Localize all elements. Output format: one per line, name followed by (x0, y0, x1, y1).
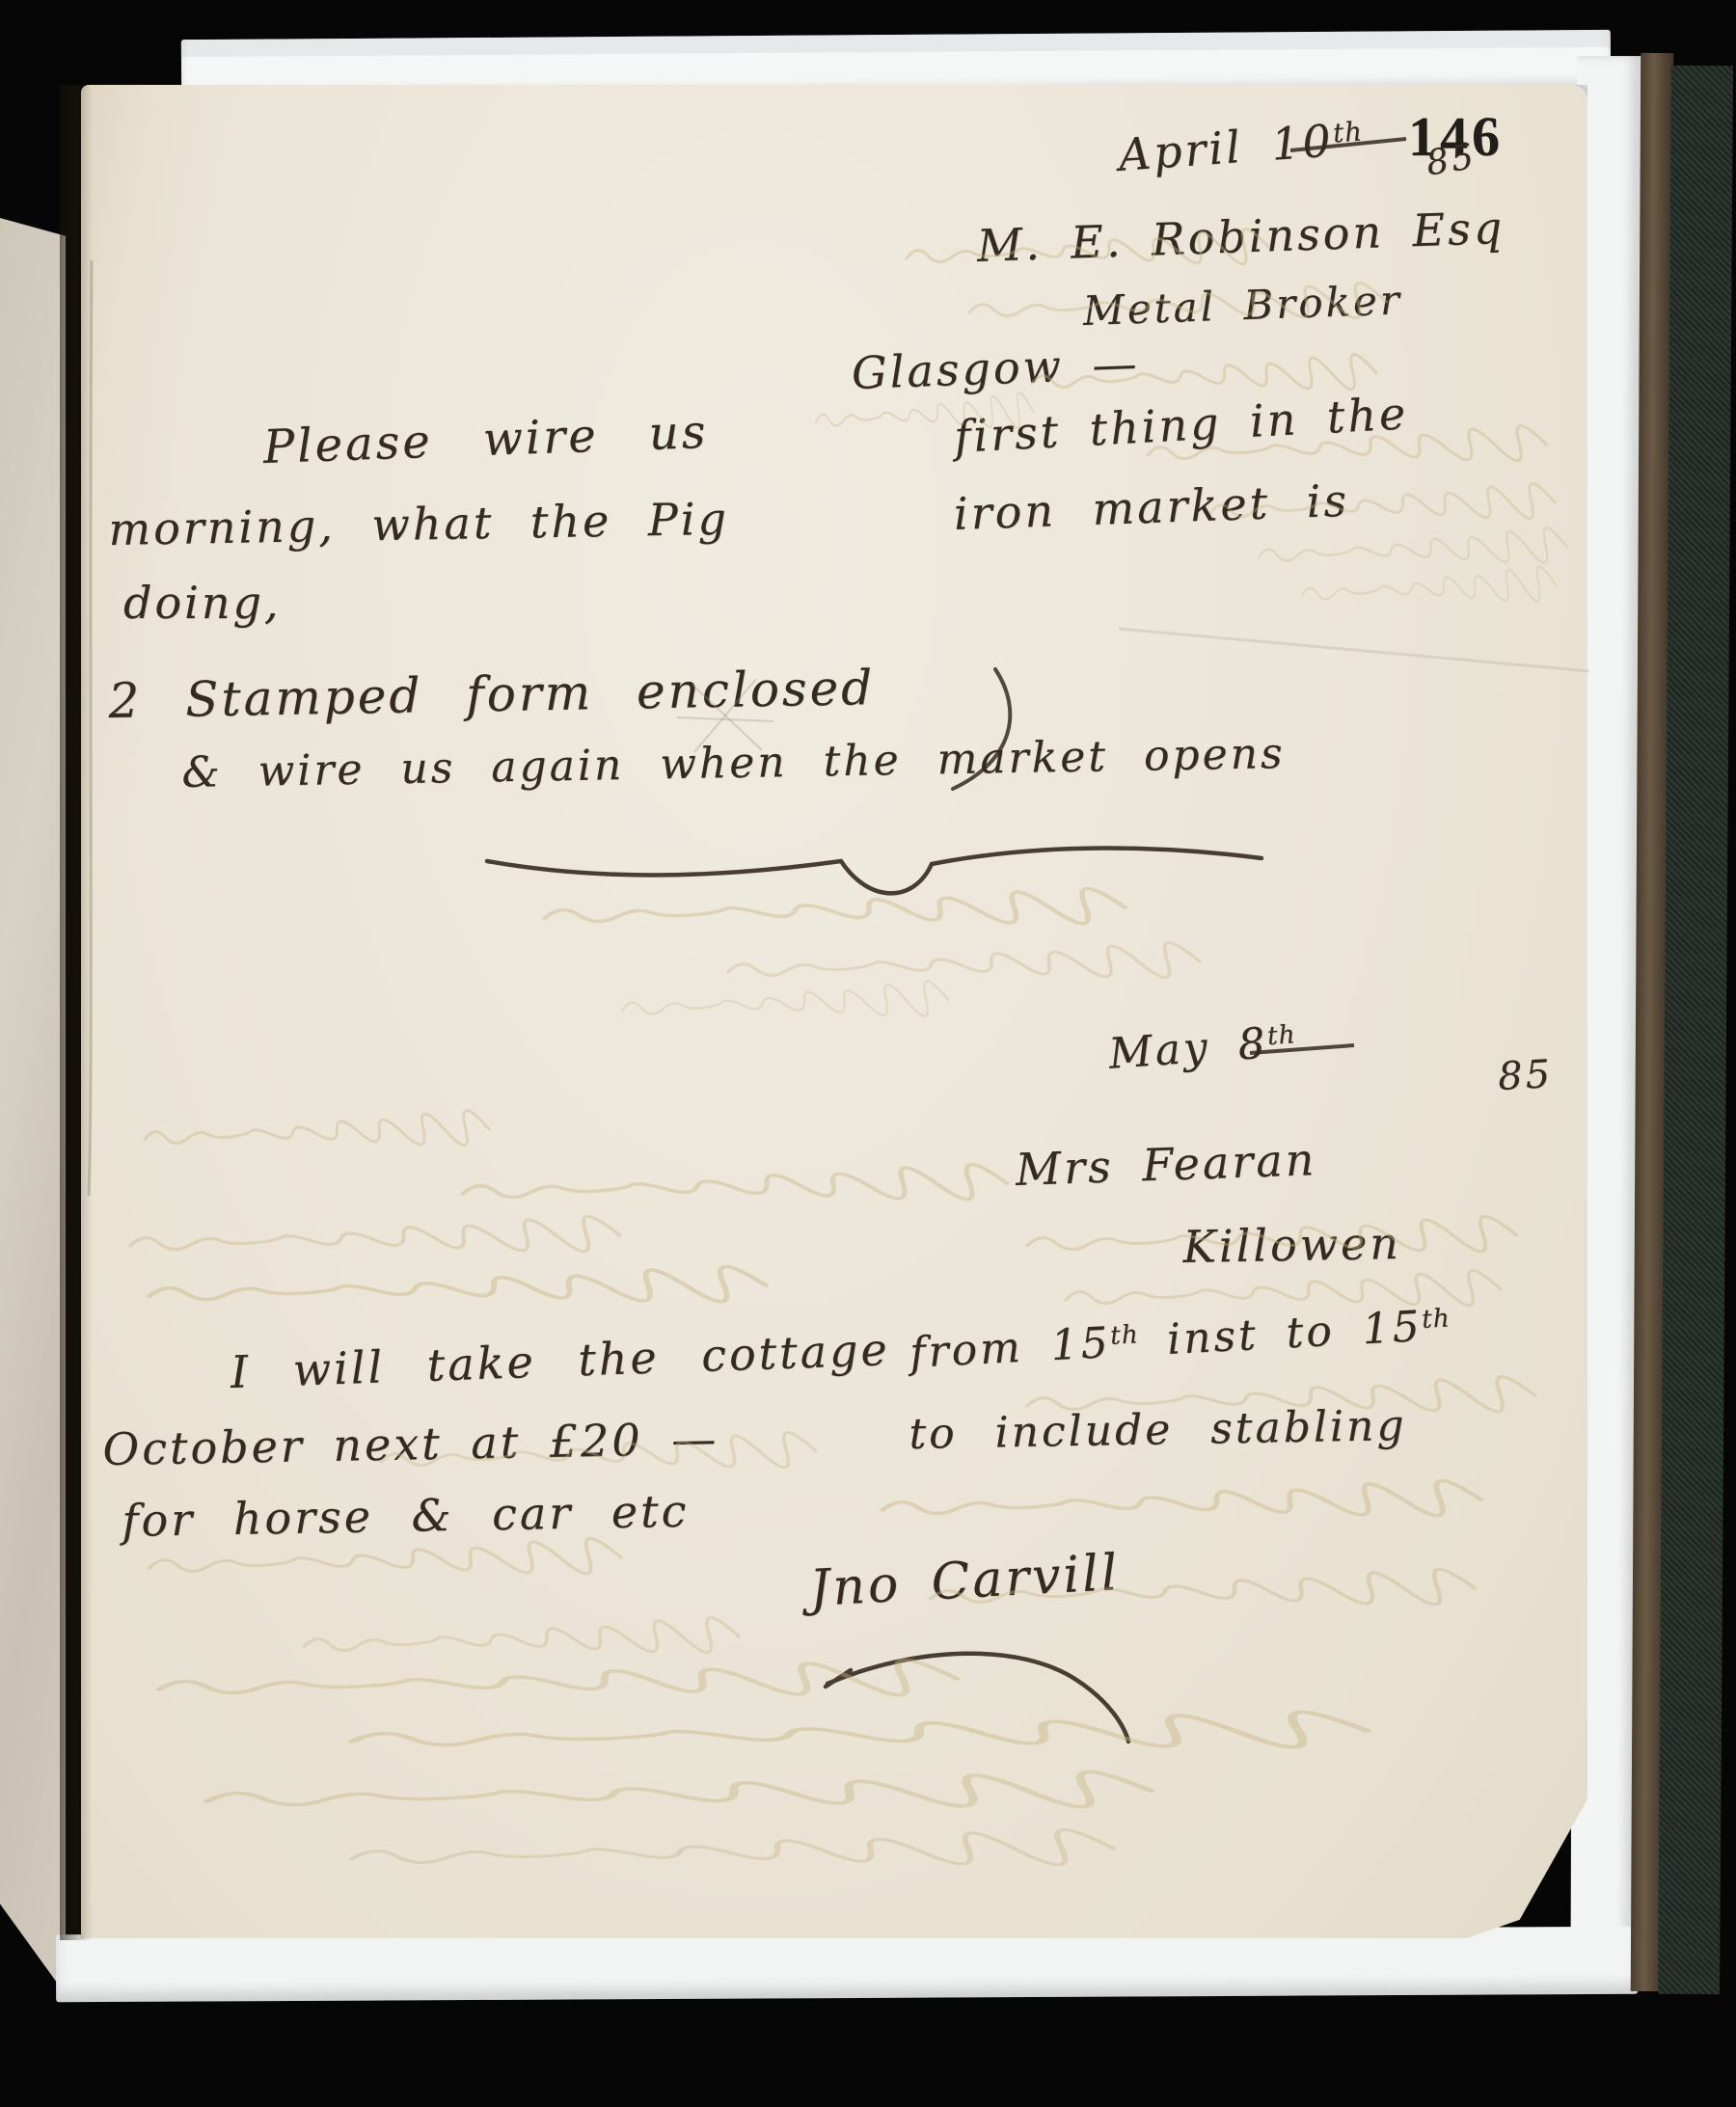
letter2-date-suffix: th (1266, 1019, 1297, 1051)
letter1-recipient-city: Glasgow — (851, 338, 1140, 399)
letter1-date-suffix: th (1332, 115, 1364, 149)
letter2-line1-sup-b: th (1421, 1303, 1451, 1335)
letter2-recipient-name: Mrs Fearan (1015, 1133, 1317, 1196)
letterbook-photo: April 10th 146 85 M. E. Robinson Esq Met… (0, 0, 1736, 2107)
letter2-body-line3: for horse & car etc (122, 1485, 690, 1547)
letter1-body-line3: doing, (123, 577, 282, 629)
letter1-body-line2-left: morning, what the Pig (108, 493, 729, 555)
letter2-line1-sup-a: th (1109, 1319, 1139, 1351)
previous-page-edge (0, 218, 66, 2031)
letter2-year: 85 (1497, 1052, 1554, 1099)
letterbook-page (81, 85, 1587, 1938)
letter2-line1-seg-a: from 15 (909, 1318, 1112, 1378)
gutter-shadow (60, 85, 93, 1940)
letter2-body-line2-left: October next at £20 — (102, 1413, 719, 1475)
letter2-recipient-place: Killowen (1182, 1217, 1401, 1273)
page-number-overwrite: 85 (1424, 137, 1479, 184)
book-cover (1658, 66, 1733, 1994)
letter2-body-line2-right: to include stabling (909, 1401, 1407, 1459)
